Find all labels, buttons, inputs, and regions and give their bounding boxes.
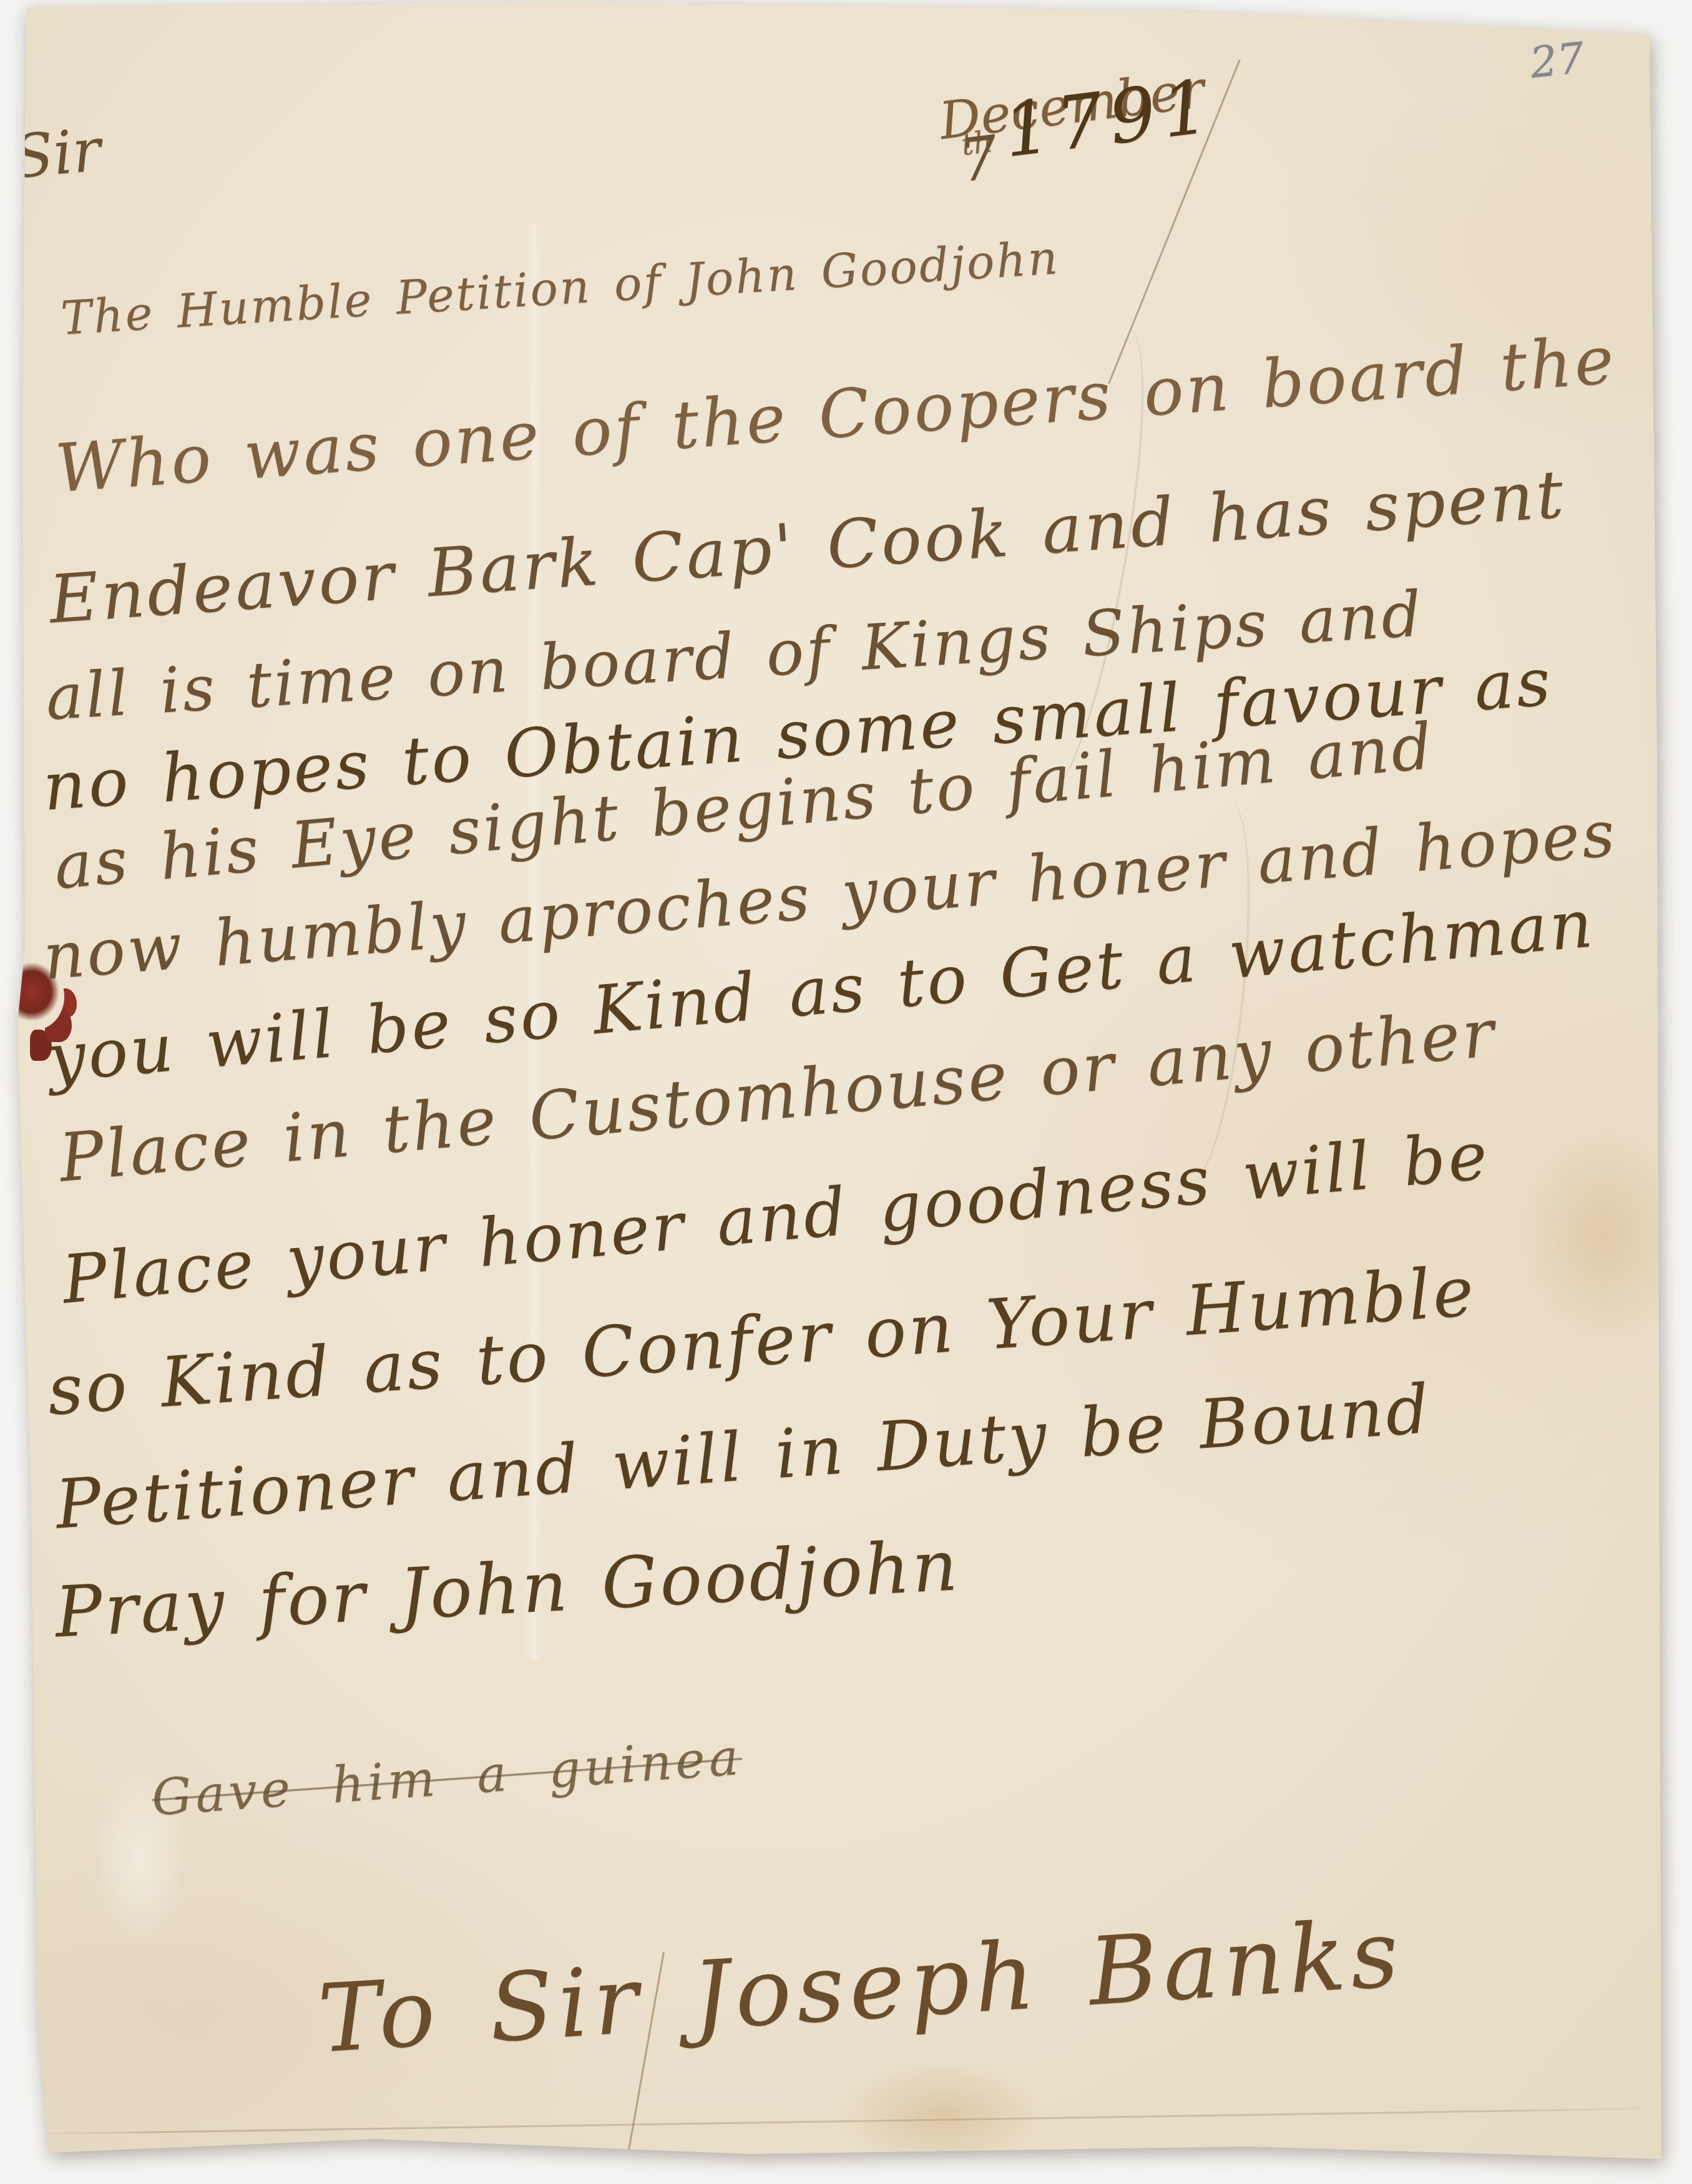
paper-shadow-wrap: 27 Decemberth71791 Sir The Humble Petiti… xyxy=(0,0,1692,2184)
paper-stain xyxy=(836,2059,1049,2172)
salutation: Sir xyxy=(10,116,104,192)
date-day: 7 xyxy=(957,128,1002,192)
body-line: The Humble Petition of John Goodjohn xyxy=(59,231,1061,346)
letter-paper: 27 Decemberth71791 Sir The Humble Petiti… xyxy=(0,0,1692,2184)
body-line: Pray for John Goodjohn xyxy=(53,1525,962,1654)
docket-note: Gave him a guinea xyxy=(150,1728,744,1827)
address-line: To Sir Joseph Banks xyxy=(315,1899,1407,2074)
date-line: Decemberth71791 xyxy=(936,59,1220,178)
date-year: 1791 xyxy=(999,62,1220,173)
paper-stain xyxy=(1517,1123,1691,1348)
pencil-page-number: 27 xyxy=(1528,34,1587,89)
scan-background: 27 Decemberth71791 Sir The Humble Petiti… xyxy=(0,0,1692,2184)
